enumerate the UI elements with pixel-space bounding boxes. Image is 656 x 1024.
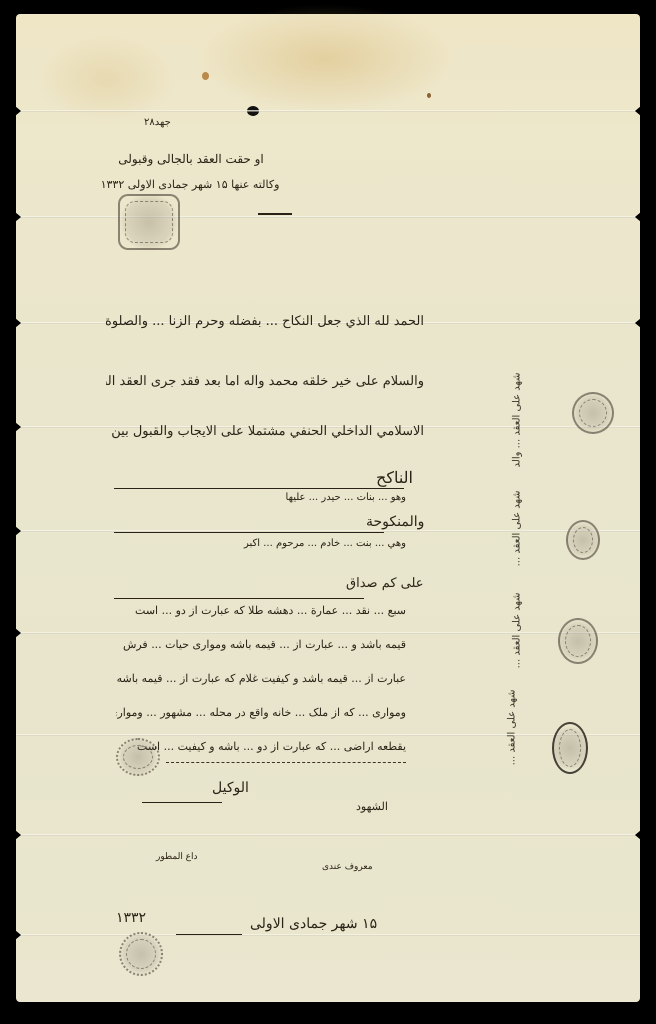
terms-heading: على كم صداق [346,576,424,591]
fold-line [16,110,640,112]
date-dash [176,934,242,935]
terms-line-2: قیمه باشد و ... عبارت از ... قیمه باشه و… [116,638,406,651]
witness-seal-3 [558,618,598,664]
fold-line [16,934,640,936]
body-line-2: والسلام على خير خلقه محمد وآله اما بعد ف… [106,374,424,389]
terms-underline [114,598,364,599]
water-stain [196,4,456,114]
scribe-note: معروف عندی [322,862,373,872]
shuhud-label: الشهود [356,800,388,813]
fold-line [16,834,640,836]
terms-line-4: ومواری ... که از ملک ... خانه واقع در مح… [116,706,406,719]
body-line-1: الحمد لله الذي جعل النكاح ... بفضله وحرم… [106,314,424,329]
groom-detail: وهو ... بنات ... حيدر ... عليها [176,492,406,503]
fold-line [16,216,640,218]
witness-note-1: شهد على العقد ... والد [512,373,523,483]
date-text: ۱۵ شهر جمادی الاولی [250,916,377,932]
witness-note-2: شهد على العقد ... [512,491,523,581]
groom-underline [114,488,404,489]
terms-line-3: عبارت از ... قیمه باشد و کیفیت غلام که ع… [116,672,406,685]
bottom-seal [119,932,163,976]
bride-detail: وهي ... بنت ... خادم ... مرحوم ... اكبر [216,538,406,549]
witness-note-4: شهد على العقد ... [507,690,518,790]
scribe-label: داع المطور [156,852,198,862]
ink-blot [427,93,431,98]
bride-underline [114,532,384,533]
groom-label: الناكح [376,468,413,487]
witness-seal-1 [572,392,614,434]
bride-label: والمنكوحة [366,514,424,530]
thumbprint-seal [116,738,160,776]
header-line-2: وکالته عنها ۱۵ شهر جمادی الاولی ۱۳۳۲ [90,178,290,191]
terms-line-5: یقطعه اراضی ... که عبارت از دو ... باشه … [116,740,406,753]
terms-line-1: سبع ... نقد ... عمارة ... دهشه طلا که عب… [116,604,406,617]
fold-line [16,632,640,634]
document-paper: جهد۲۸ او حقت العقد بالجالی وقبولی وکالته… [16,14,640,1002]
date-year: ۱۳۳۲ [116,910,146,926]
wakil-underline [142,802,222,803]
wakil-label: الوکیل [212,780,249,796]
witness-seal-4 [552,722,588,774]
terms-end-line [166,762,406,763]
ink-blot [202,72,209,80]
square-seal [118,194,180,250]
header-mark-line [258,213,292,215]
witness-note-3: شهد على العقد ... [512,593,523,683]
header-mark: جهد۲۸ [144,117,171,128]
header-line-1: او حقت العقد بالجالی وقبولی [106,152,276,166]
fold-line [16,734,640,736]
body-line-3: الاسلامي الداخلي الحنفي مشتملا على الايج… [106,424,424,439]
witness-seal-2 [566,520,600,560]
